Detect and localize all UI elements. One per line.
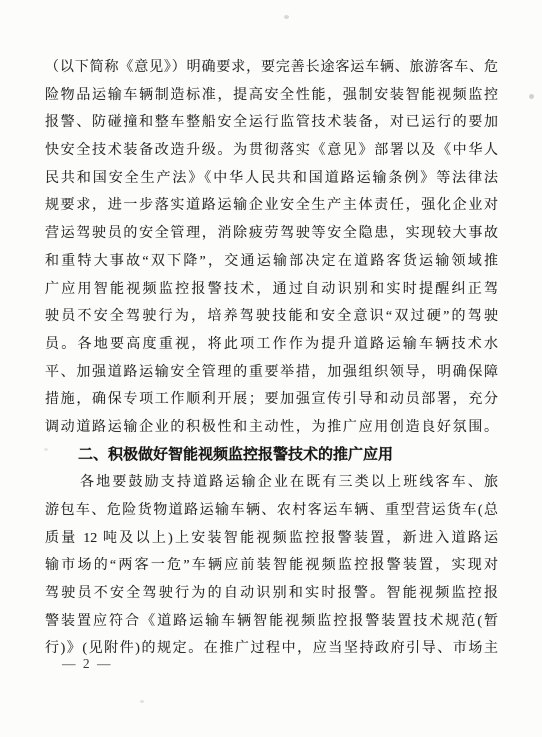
text-line: 警装置应符合《道路运输车辆智能视频监控报警装置技术规范(暂 — [45, 608, 498, 636]
scanned-document-page: （以下简称《意见》）明确要求，要完善长途客运车辆、旅游客车、危险物品运输车辆制造… — [0, 0, 542, 737]
text-line: 民共和国安全生产法》《中华人民共和国道路运输条例》等法律法 — [45, 165, 498, 193]
text-line: 平、加强道路运输安全管理的重要举措，加强组织领导，明确保障 — [45, 359, 498, 387]
text-line: 调动道路运输企业的积极性和主动性，为推广应用创造良好氛围。 — [45, 414, 498, 442]
section-heading: 二、积极做好智能视频监控报警技术的推广应用 — [45, 442, 498, 470]
scan-artifact — [140, 700, 144, 703]
text-line: 险物品运输车辆制造标准，提高安全性能，强制安装智能视频监控 — [45, 82, 498, 110]
text-line: 规要求，进一步落实道路运输企业安全生产主体责任，强化企业对 — [45, 192, 498, 220]
text-line: 输市场的“两客一危”车辆应前装智能视频监控报警装置，实现对 — [45, 552, 498, 580]
document-text-block: （以下简称《意见》）明确要求，要完善长途客运车辆、旅游客车、危险物品运输车辆制造… — [45, 54, 498, 663]
text-line: 各地要鼓励支持道路运输企业在既有三类以上班线客车、旅 — [45, 469, 498, 497]
text-line: 广应用智能视频监控报警技术，通过自动识别和实时提醒纠正驾 — [45, 276, 498, 304]
text-line: 快安全技术装备改造升级。为贯彻落实《意见》部署以及《中华人 — [45, 137, 498, 165]
text-line: 报警、防碰撞和整车整船安全运行监管技术装备，对已运行的要加 — [45, 109, 498, 137]
text-line: 营运驾驶员的安全管理，消除疲劳驾驶等安全隐患，实现较大事故 — [45, 220, 498, 248]
text-line: 游包车、危险货物道路运输车辆、农村客运车辆、重型营运货车(总 — [45, 497, 498, 525]
text-line: 驶员不安全驾驶行为，培养驾驶技能和安全意识“双过硬”的驾驶 — [45, 303, 498, 331]
text-line: 措施，确保专项工作顺利开展；要加强宣传引导和动员部署，充分 — [45, 386, 498, 414]
text-line: （以下简称《意见》）明确要求，要完善长途客运车辆、旅游客车、危 — [45, 54, 498, 82]
scan-artifact — [284, 15, 289, 19]
text-line: 和重特大事故“双下降”，交通运输部决定在道路客货运输领域推 — [45, 248, 498, 276]
page-number: — 2 — — [62, 656, 113, 672]
scan-artifact — [529, 94, 534, 99]
text-line: 驾驶员不安全驾驶行为的自动识别和实时报警。智能视频监控报 — [45, 580, 498, 608]
text-line: 质量 12 吨及以上)上安装智能视频监控报警装置，新进入道路运 — [45, 525, 498, 553]
text-line: 员。各地要高度重视，将此项工作作为提升道路运输车辆技术水 — [45, 331, 498, 359]
